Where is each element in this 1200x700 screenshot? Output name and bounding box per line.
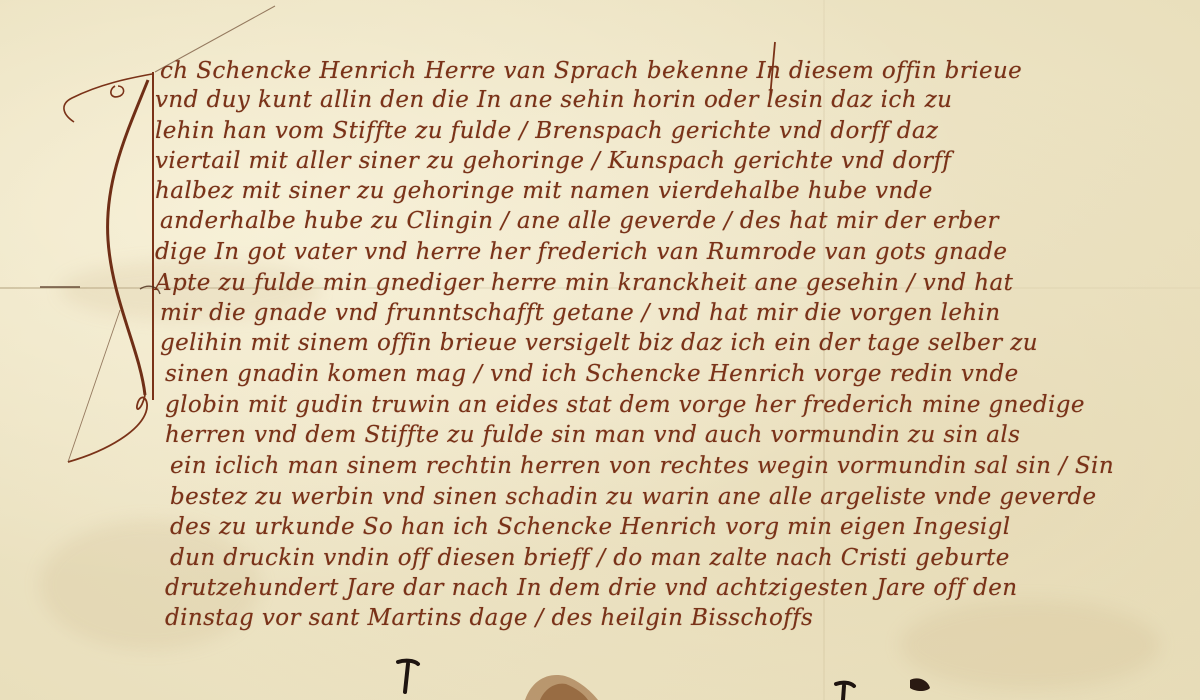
seal-tag-marks	[0, 0, 1200, 700]
